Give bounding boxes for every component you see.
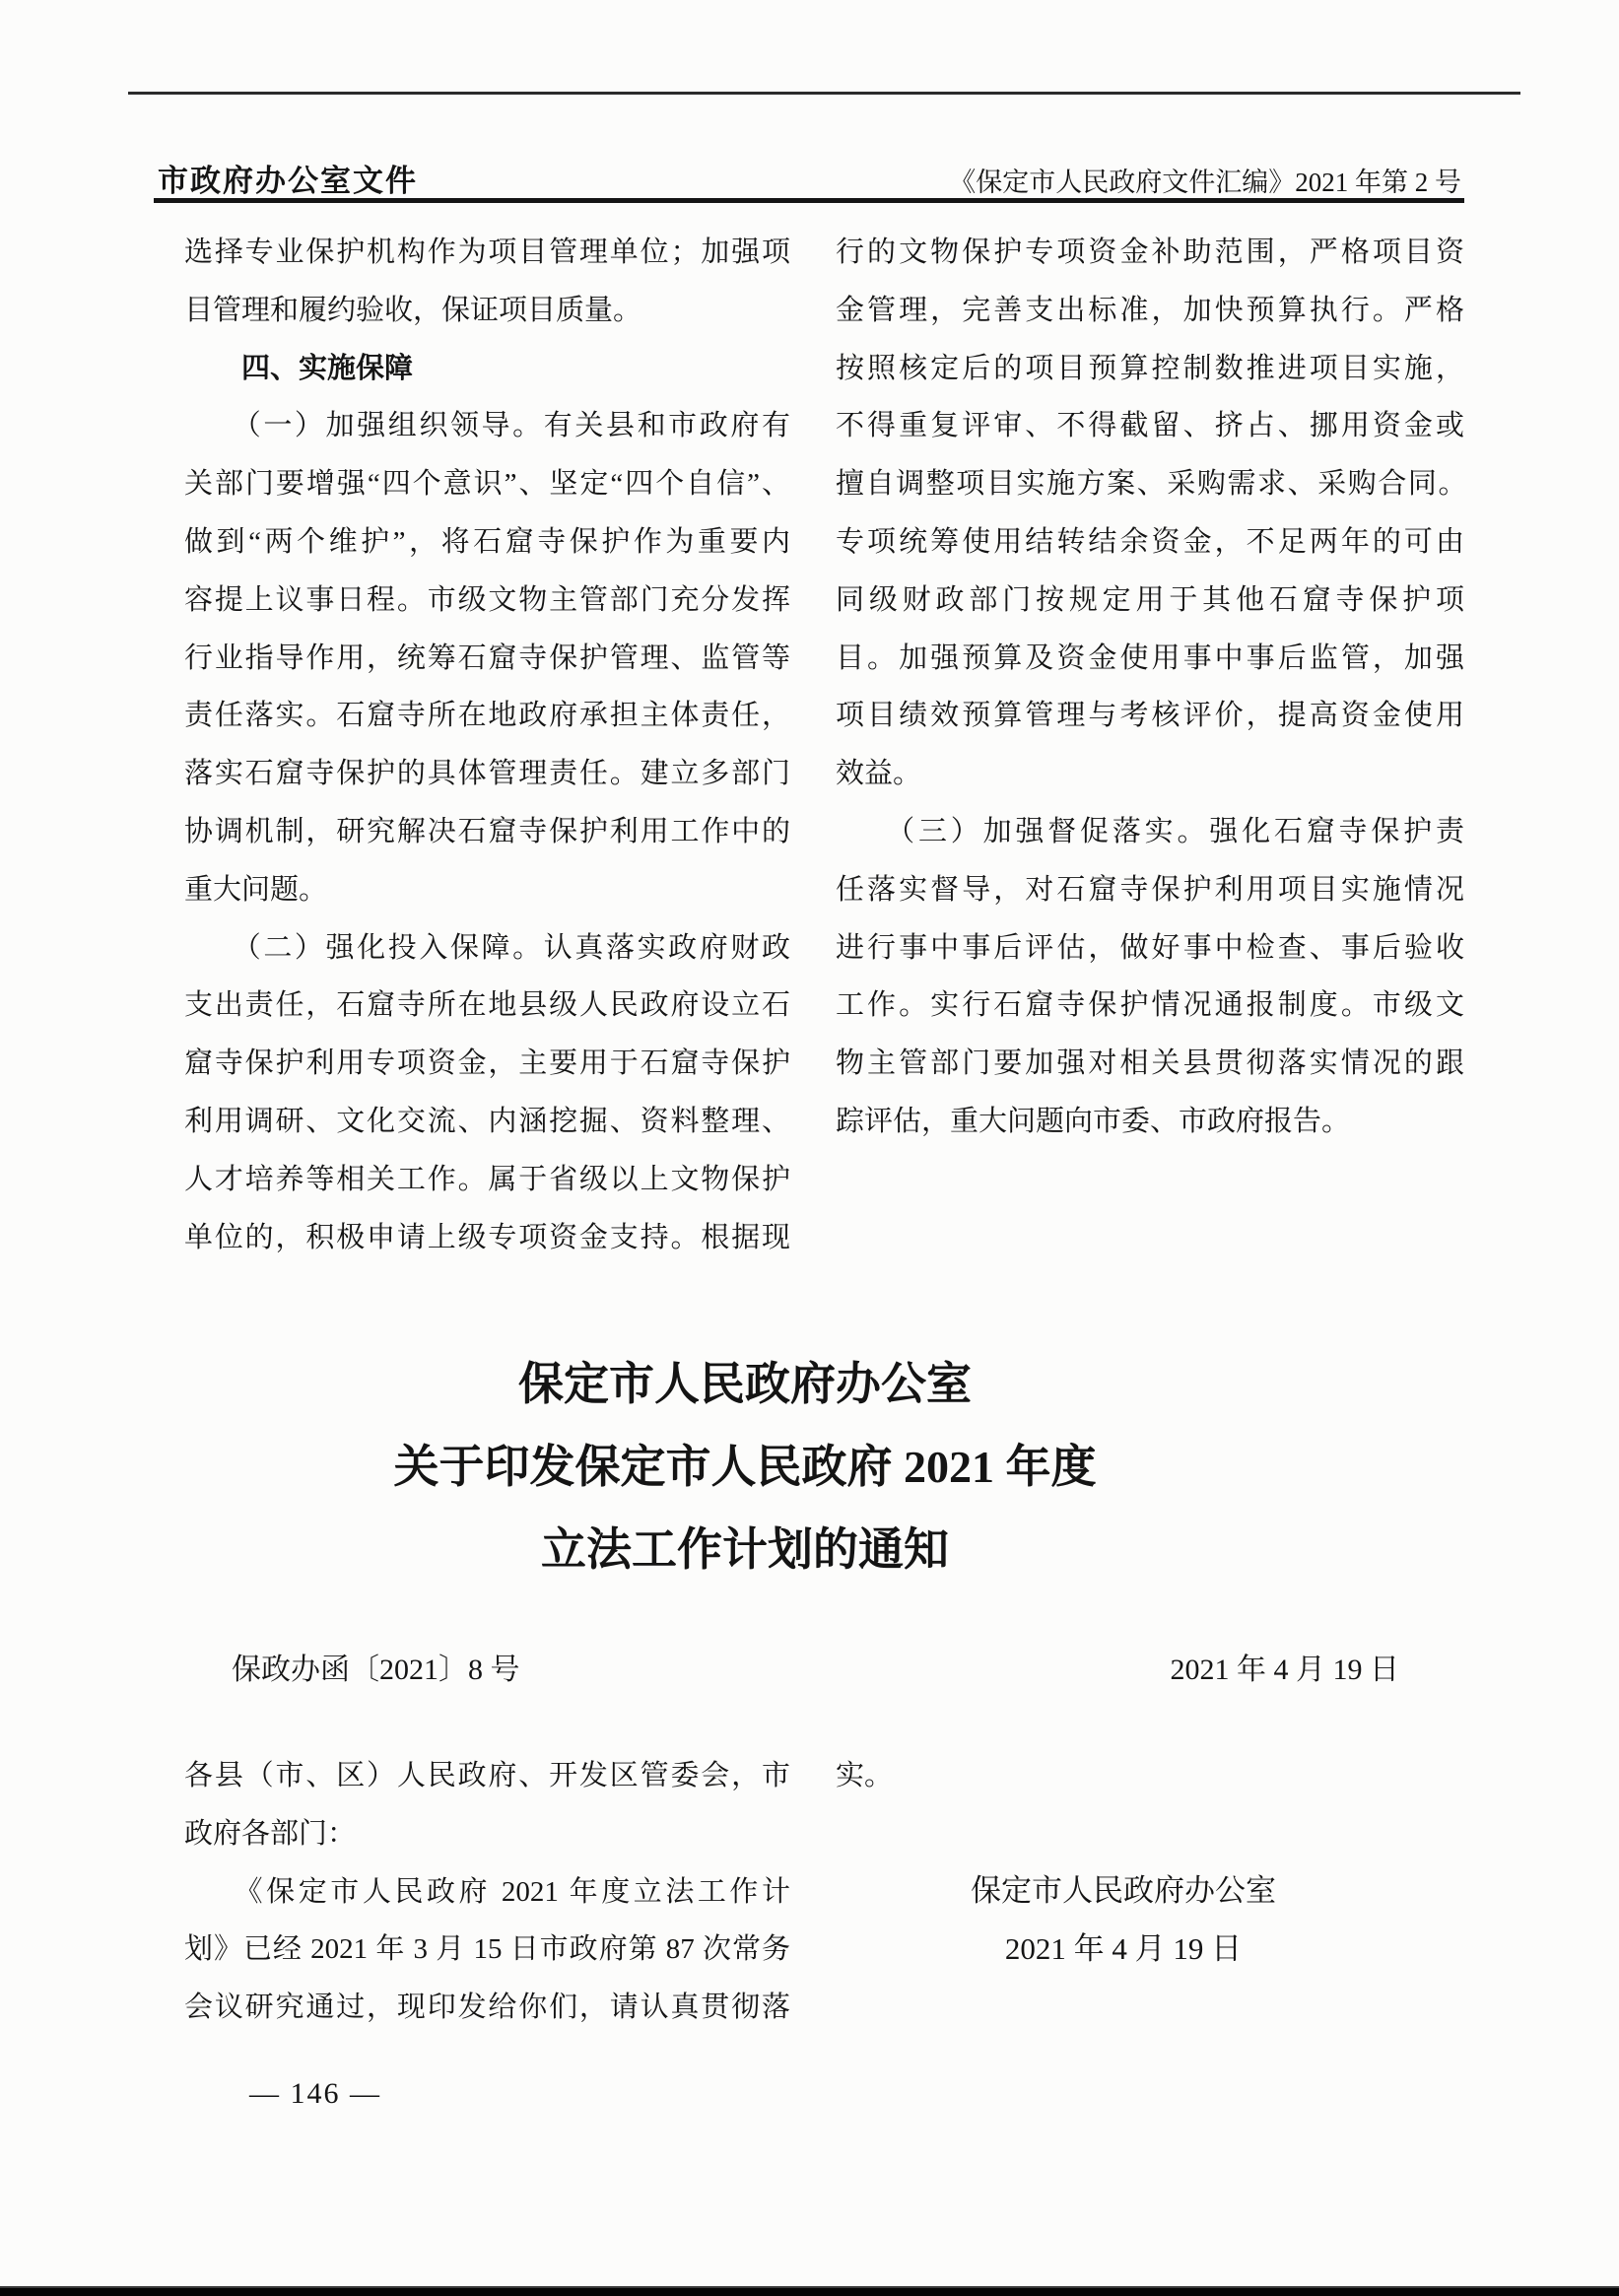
text-line: 物主管部门要加强对相关县贯彻落实情况的跟 [836,1035,1464,1093]
text-line: 同级财政部门按规定用于其他石窟寺保护项 [836,572,1464,630]
bottom-scan-bar [0,2286,1619,2296]
text-line: 落实石窟寺保护的具体管理责任。建立多部门 [184,745,790,803]
text-line: 协调机制，研究解决石窟寺保护利用工作中的 [184,803,790,861]
text-line: 进行事中事后评估，做好事中检查、事后验收 [836,919,1464,978]
text-line: 专项统筹使用结转结余资金，不足两年的可由 [836,513,1464,572]
text-line: 目。加强预算及资金使用事中事后监管，加强 [836,630,1464,688]
notice-body-right-column: 实。 [836,1747,1464,1805]
text-line: 效益。 [836,745,1464,803]
article-right-column: 行的文物保护专项资金补助范围，严格项目资金管理，完善支出标准，加快预算执行。严格… [836,224,1464,1151]
document-scan-page: 市政府办公室文件 《保定市人民政府文件汇编》2021 年第 2 号 选择专业保护… [0,0,1619,2296]
text-line: 重大问题。 [184,861,790,919]
text-line: 项目绩效预算管理与考核评价，提高资金使用 [836,687,1464,745]
notice-title: 保定市人民政府办公室关于印发保定市人民政府 2021 年度立法工作计划的通知 [154,1343,1336,1591]
text-line: 窟寺保护利用专项资金，主要用于石窟寺保护 [184,1035,790,1093]
text-line: 做到“两个维护”，将石窟寺保护作为重要内 [184,513,790,572]
text-line: 保定市人民政府办公室 [154,1343,1336,1426]
text-line: 单位的，积极申请上级专项资金支持。根据现 [184,1209,790,1267]
top-scan-hairline [128,92,1520,95]
header-right-title: 《保定市人民政府文件汇编》2021 年第 2 号 [949,161,1461,199]
text-line: 利用调研、文化交流、内涵挖掘、资料整理、 [184,1093,790,1151]
doc-date: 2021 年 4 月 19 日 [1171,1651,1400,1690]
text-line: 金管理，完善支出标准，加快预算执行。严格 [836,282,1464,340]
text-line: 划》已经 2021 年 3 月 15 日市政府第 87 次常务 [184,1921,790,1979]
signature-date: 2021 年 4 月 19 日 [926,1921,1320,1979]
text-line: 政府各部门： [184,1805,790,1863]
text-line: 责任落实。石窟寺所在地政府承担主体责任， [184,687,790,745]
text-line: 不得重复评审、不得截留、挤占、挪用资金或 [836,397,1464,455]
signature-name: 保定市人民政府办公室 [926,1862,1320,1921]
text-line: 按照核定后的项目预算控制数推进项目实施， [836,340,1464,398]
text-line: 会议研究通过，现印发给你们，请认真贯彻落 [184,1979,790,2037]
text-line: （二）强化投入保障。认真落实政府财政 [184,919,790,978]
text-line: 支出责任，石窟寺所在地县级人民政府设立石 [184,977,790,1035]
text-line: 工作。实行石窟寺保护情况通报制度。市级文 [836,977,1464,1035]
text-line: 立法工作计划的通知 [154,1509,1336,1591]
text-line: 关于印发保定市人民政府 2021 年度 [154,1426,1336,1509]
text-line: 容提上议事日程。市级文物主管部门充分发挥 [184,572,790,630]
text-line: 人才培养等相关工作。属于省级以上文物保护 [184,1151,790,1209]
signature-block: 保定市人民政府办公室 2021 年 4 月 19 日 [926,1862,1320,1979]
text-line: 实。 [836,1747,1464,1805]
text-line: 踪评估，重大问题向市委、市政府报告。 [836,1093,1464,1151]
text-line: （三）加强督促落实。强化石窟寺保护责 [836,803,1464,861]
article-left-column: 选择专业保护机构作为项目管理单位；加强项目管理和履约验收，保证项目质量。 四、实… [184,224,790,1266]
text-line: 关部门要增强“四个意识”、坚定“四个自信”、 [184,455,790,513]
text-line: 目管理和履约验收，保证项目质量。 [184,282,790,340]
header-left-title: 市政府办公室文件 [158,156,418,200]
text-line: 四、实施保障 [184,340,790,398]
text-line: （一）加强组织领导。有关县和市政府有 [184,397,790,455]
text-line: 行业指导作用，统筹石窟寺保护管理、监管等 [184,630,790,688]
text-line: 擅自调整项目实施方案、采购需求、采购合同。 [836,455,1464,513]
page-number: — 146 — [249,2074,381,2114]
text-line: 《保定市人民政府 2021 年度立法工作计 [184,1863,790,1922]
doc-number: 保政办函〔2021〕8 号 [232,1651,520,1690]
text-line: 行的文物保护专项资金补助范围，严格项目资 [836,224,1464,282]
text-line: 选择专业保护机构作为项目管理单位；加强项 [184,224,790,282]
text-line: 各县（市、区）人民政府、开发区管委会，市 [184,1747,790,1805]
header-rule [154,198,1464,203]
notice-body-left-column: 各县（市、区）人民政府、开发区管委会，市政府各部门： 《保定市人民政府 2021… [184,1747,790,2037]
text-line: 任落实督导，对石窟寺保护利用项目实施情况 [836,861,1464,919]
